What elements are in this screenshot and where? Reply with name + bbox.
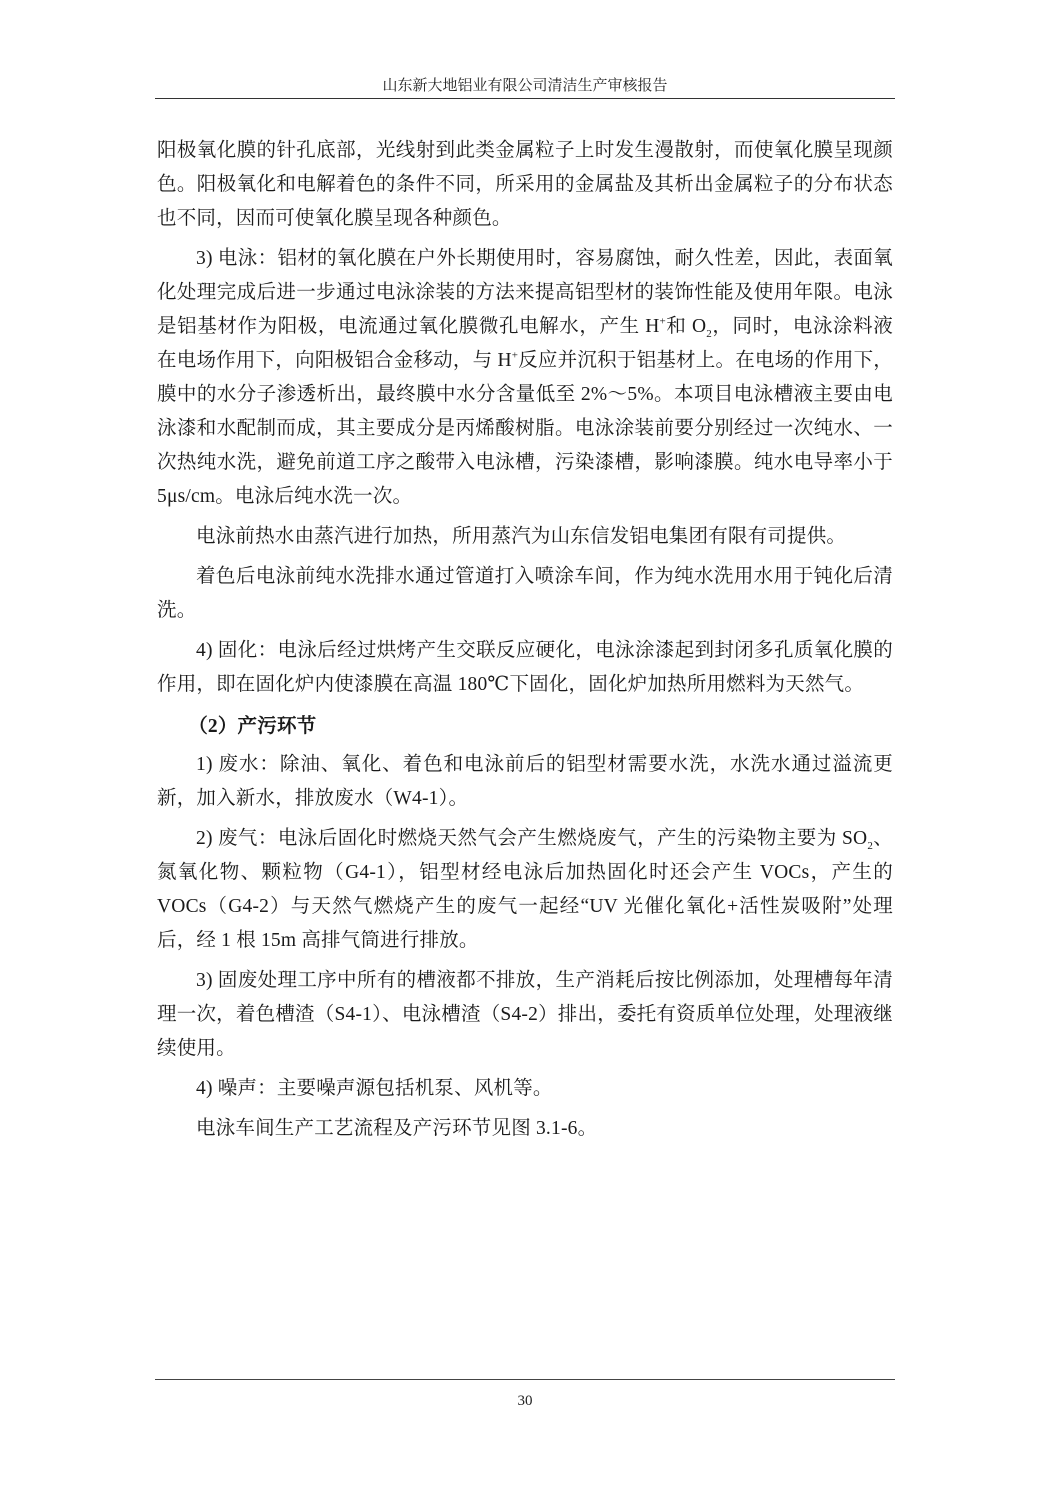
paragraph-solid-waste: 3) 固废处理工序中所有的槽液都不排放，生产消耗后按比例添加，处理槽每年清理一次… <box>157 964 893 1066</box>
page-header-title: 山东新大地铝业有限公司清洁生产审核报告 <box>155 76 895 96</box>
page-number: 30 <box>155 1391 895 1411</box>
header-divider <box>155 98 895 99</box>
paragraph-noise: 4) 噪声：主要噪声源包括机泵、风机等。 <box>157 1072 893 1106</box>
paragraph-wastewater: 1) 废水：除油、氧化、着色和电泳前后的铝型材需要水洗，水洗水通过溢流更新，加入… <box>157 748 893 816</box>
section-heading-pollution: （2）产污环节 <box>157 710 893 744</box>
document-body: 阳极氧化膜的针孔底部，光线射到此类金属粒子上时发生漫散射，而使氧化膜呈现颜色。阳… <box>157 134 893 1146</box>
paragraph-rinse-water: 着色后电泳前纯水洗排水通过管道打入喷涂车间，作为纯水洗用水用于钝化后清洗。 <box>157 560 893 628</box>
footer-divider <box>155 1379 895 1380</box>
paragraph-curing: 4) 固化：电泳后经过烘烤产生交联反应硬化，电泳涂漆起到封闭多孔质氧化膜的作用，… <box>157 634 893 702</box>
paragraph-electrophoresis: 3) 电泳：铝材的氧化膜在户外长期使用时，容易腐蚀，耐久性差，因此，表面氧化处理… <box>157 242 893 514</box>
paragraph-figure-reference: 电泳车间生产工艺流程及产污环节见图 3.1-6。 <box>157 1112 893 1146</box>
text-run: 反应并沉积于铝基材上。在电场的作用下，膜中的水分子渗透析出，最终膜中水分含量低至… <box>157 350 893 507</box>
paragraph-steam-heating: 电泳前热水由蒸汽进行加热，所用蒸汽为山东信发铝电集团有限有司提供。 <box>157 520 893 554</box>
paragraph-continuation: 阳极氧化膜的针孔底部，光线射到此类金属粒子上时发生漫散射，而使氧化膜呈现颜色。阳… <box>157 134 893 236</box>
text-run: 和 O <box>666 316 706 337</box>
paragraph-exhaust-gas: 2) 废气：电泳后固化时燃烧天然气会产生燃烧废气，产生的污染物主要为 SO2、氮… <box>157 822 893 958</box>
text-run: 2) 废气：电泳后固化时燃烧天然气会产生燃烧废气，产生的污染物主要为 SO <box>196 828 867 849</box>
